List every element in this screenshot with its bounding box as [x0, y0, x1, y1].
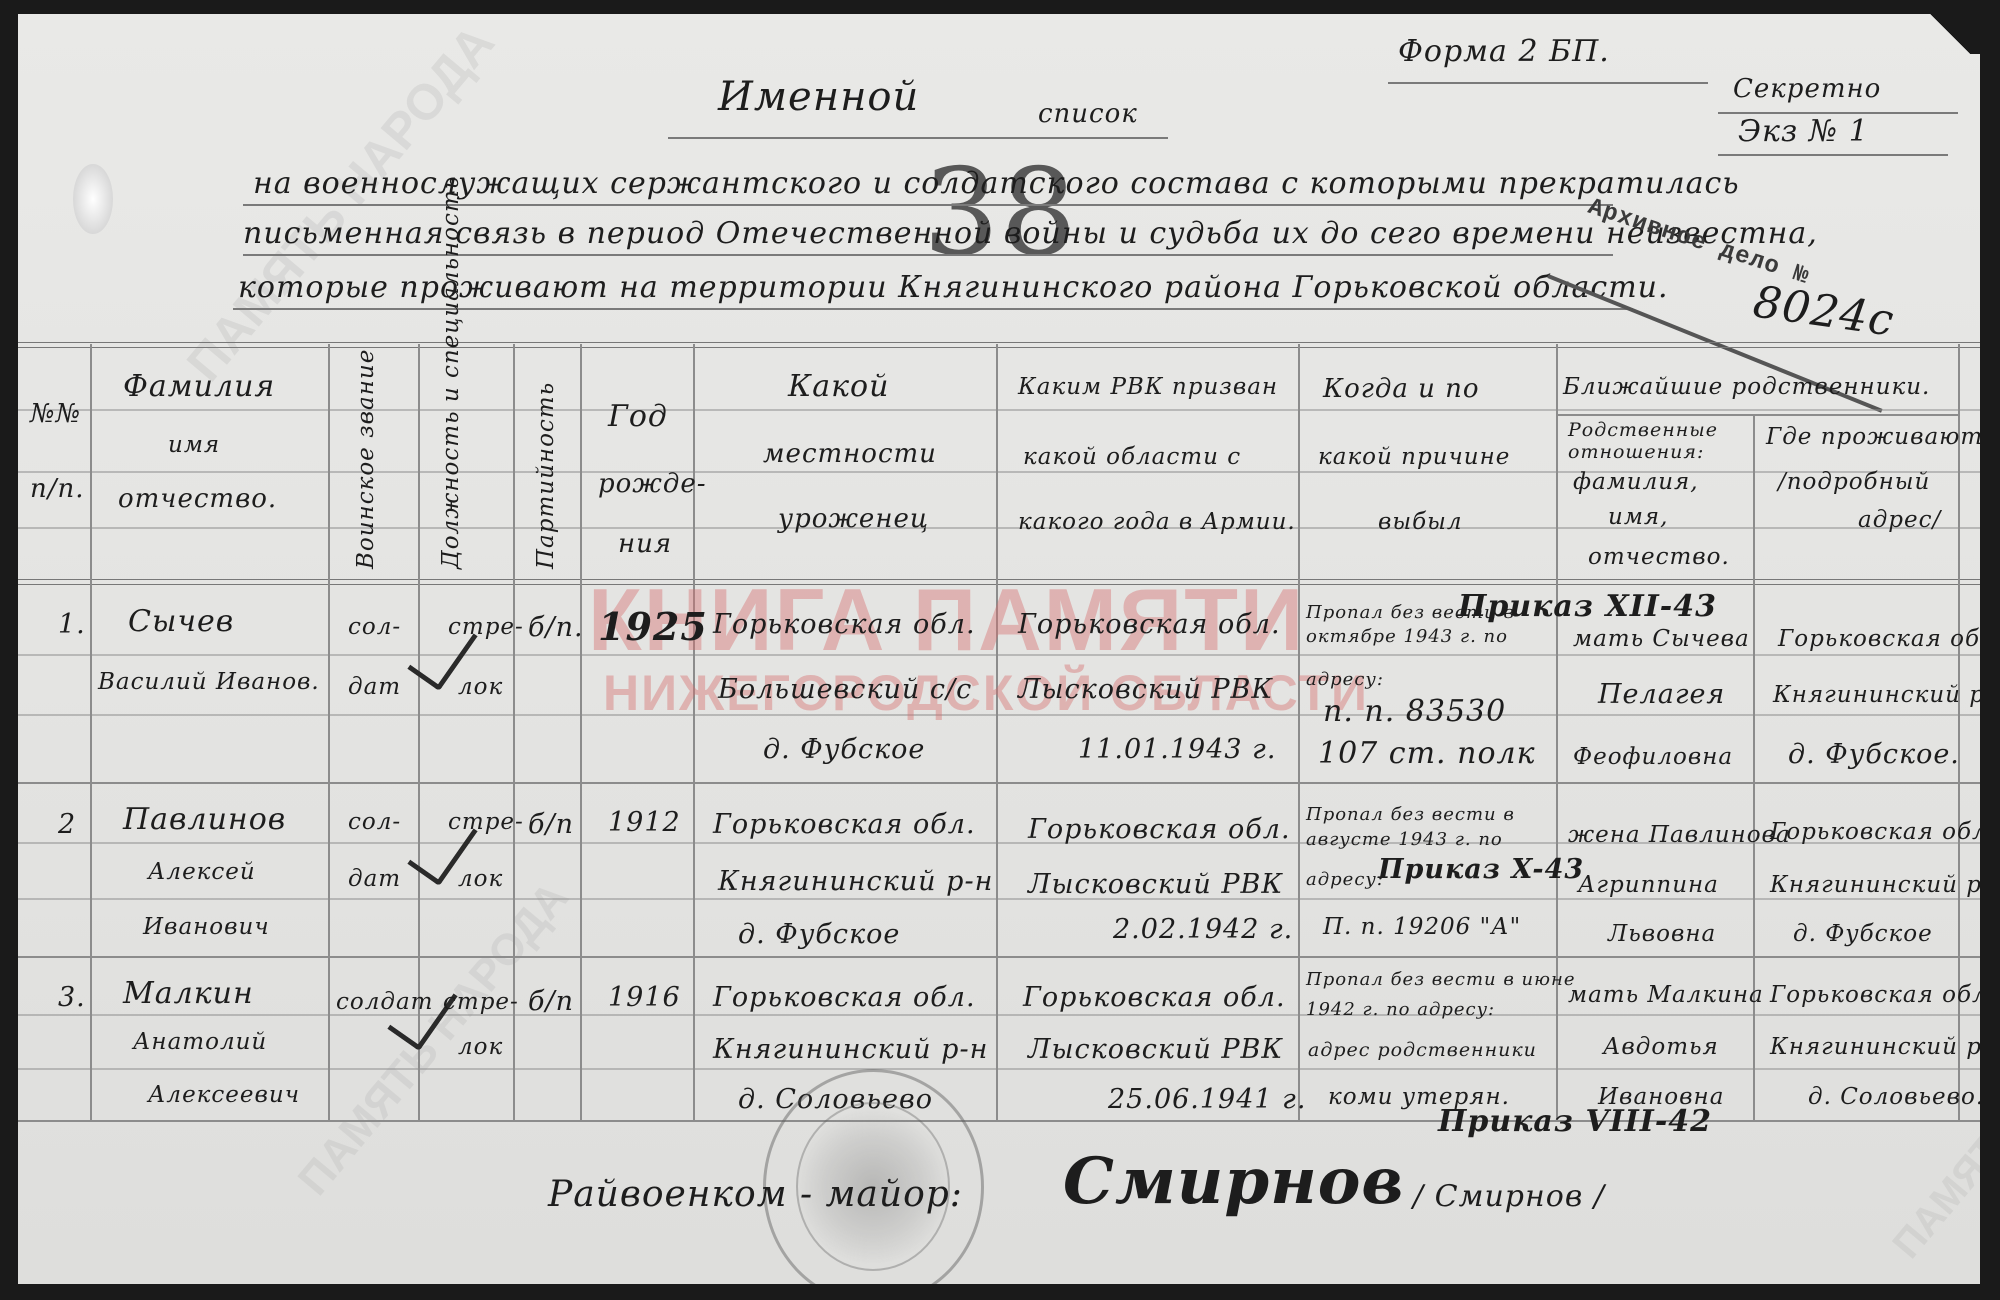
- title-underline: [668, 137, 1168, 139]
- header-birth-year-line1: Год: [608, 399, 668, 434]
- position-line2: лок: [458, 1034, 503, 1060]
- birthplace-line1: Горьковская обл.: [713, 609, 976, 640]
- col-line: [328, 344, 330, 1120]
- col-line: [1753, 416, 1755, 1120]
- header-relatives-group: Ближайшие родственники.: [1563, 374, 1930, 400]
- when-left-line2: 1942 г. по адресу:: [1306, 999, 1495, 1020]
- relative-line3: Ивановна: [1598, 1084, 1724, 1110]
- position-line1: стре-: [443, 989, 519, 1015]
- header-relation-line3: имя,: [1608, 504, 1668, 530]
- when-left-line2: октябре 1943 г. по: [1306, 626, 1508, 647]
- faint-watermark-middle: ПАМЯТЬ НАРОДА: [289, 873, 579, 1205]
- punch-hole: [73, 164, 113, 234]
- birthplace-line2: Большевский с/с: [718, 674, 972, 705]
- col-line: [996, 344, 998, 1120]
- header-birthplace-line2: местности: [763, 439, 937, 469]
- row-number: 3.: [58, 982, 86, 1013]
- draft-line2: Лысковский РВК: [1018, 674, 1273, 705]
- birthplace-line1: Горьковская обл.: [713, 982, 976, 1013]
- rank-line1: сол-: [348, 614, 401, 640]
- header-birth-year-line2: рожде-: [598, 469, 707, 499]
- secrecy-label: Секретно: [1733, 74, 1881, 104]
- position-line2: лок: [458, 866, 503, 892]
- birthplace-line3: д. Фубское: [763, 734, 925, 765]
- signature: Смирнов: [1063, 1144, 1404, 1219]
- surname: Сычев: [128, 604, 234, 639]
- rank-line1: сол-: [348, 809, 401, 835]
- subtitle-line-2: письменная связь в период Отечественной …: [243, 216, 1818, 251]
- when-left-line3: адресу:: [1306, 669, 1384, 690]
- ruled-line: [18, 1014, 1980, 1016]
- row-number: 1.: [58, 609, 86, 640]
- faint-watermark-right: ПАМЯТЬ НАРОДА: [1884, 966, 1980, 1268]
- order-annotation: Приказ XII-43: [1458, 589, 1717, 624]
- form-label: Форма 2 БП.: [1398, 34, 1610, 69]
- row-separator-1: [18, 782, 1980, 784]
- ruled-line: [18, 527, 1980, 529]
- row-separator-2: [18, 956, 1980, 958]
- relative-line1: мать Малкина: [1568, 982, 1764, 1008]
- address-line2: Княгининский р-н.: [1770, 872, 1980, 898]
- header-draft-line1: Каким РВК призван: [1018, 374, 1278, 400]
- col-line: [693, 344, 695, 1120]
- address-line2: Княгининский р-н.: [1773, 682, 1980, 708]
- header-relation-line1: Родственные отношения:: [1568, 419, 1748, 463]
- draft-line1: Горьковская обл.: [1023, 982, 1286, 1013]
- when-left-line1: Пропал без вести в: [1306, 804, 1515, 825]
- header-position: Должность и специальность: [438, 359, 464, 569]
- ruled-line: [18, 898, 1980, 900]
- subtitle-line-1: на военнослужащих сержантского и солдатс…: [253, 166, 1740, 201]
- signatory-name: / Смирнов /: [1413, 1179, 1605, 1214]
- birthplace-line1: Горьковская обл.: [713, 809, 976, 840]
- address-line1: Горьковская обл.: [1770, 819, 1980, 845]
- rank-line2: дат: [348, 674, 401, 700]
- relative-line2: Агриппина: [1578, 872, 1719, 898]
- when-left-line3: адрес родственники: [1308, 1039, 1537, 1061]
- draft-line2: Лысковский РВК: [1028, 869, 1283, 900]
- col-line: [580, 344, 582, 1120]
- draft-line1: Горьковская обл.: [1018, 609, 1281, 640]
- relative-line3: Львовна: [1608, 921, 1716, 947]
- surname: Малкин: [123, 976, 254, 1011]
- form-underline: [1388, 82, 1708, 84]
- given-name: Василий Иванов.: [98, 669, 320, 695]
- surname: Павлинов: [123, 802, 286, 837]
- header-name-line1: Фамилия: [123, 369, 275, 404]
- header-rank: Воинское звание: [353, 429, 379, 569]
- when-left-line1: Пропал без вести в июне: [1306, 969, 1575, 990]
- position-line2: лок: [458, 674, 503, 700]
- address-line3: д. Фубское: [1793, 921, 1933, 947]
- draft-line3: 2.02.1942 г.: [1113, 914, 1293, 945]
- header-number-line2: п/п.: [30, 474, 85, 504]
- row-number: 2: [58, 809, 76, 840]
- title-word-1: Именной: [718, 74, 919, 120]
- birth-year: 1925: [598, 604, 708, 649]
- patronymic: Алексеевич: [148, 1082, 300, 1108]
- address-line3: д. Соловьево.: [1808, 1084, 1980, 1110]
- header-name-line2: имя: [168, 432, 220, 458]
- relative-line3: Феофиловна: [1573, 744, 1733, 770]
- copy-underline: [1718, 154, 1948, 156]
- pencil-case-number: 38: [923, 144, 1078, 283]
- position-line1: стре-: [448, 809, 524, 835]
- address-line1: Горьковская обл.: [1770, 982, 1980, 1008]
- draft-line3: 25.06.1941 г.: [1108, 1084, 1306, 1115]
- archive-stamp-number: 8024с: [1750, 276, 1897, 346]
- given-name: Анатолий: [133, 1029, 267, 1055]
- address-line2: Княгининский р-н: [1770, 1034, 1980, 1060]
- header-when-left-line2: какой причине: [1318, 444, 1510, 470]
- table-top-border: [18, 342, 1980, 348]
- header-relation-line4: отчество.: [1588, 544, 1730, 570]
- header-number-line1: №№: [30, 399, 81, 429]
- birth-year: 1912: [608, 807, 681, 838]
- header-address-line2: /подробный: [1778, 469, 1930, 495]
- relatives-subheader-line: [1556, 414, 1958, 416]
- header-draft-line3: какого года в Армии.: [1018, 509, 1296, 535]
- header-party: Партийность: [533, 374, 559, 569]
- archival-document-page: ПАМЯТЬ НАРОДА ПАМЯТЬ НАРОДА ПАМЯТЬ НАРОД…: [18, 14, 1980, 1284]
- when-left-line4: П. п. 19206 "А": [1323, 914, 1521, 940]
- relative-line2: Авдотья: [1603, 1034, 1719, 1060]
- patronymic: Иванович: [143, 914, 270, 940]
- relative-line1: жена Павлинова: [1568, 822, 1791, 848]
- draft-line3: 11.01.1943 г.: [1078, 734, 1276, 765]
- birthplace-line2: Княгининский р-н: [713, 1034, 988, 1065]
- draft-line1: Горьковская обл.: [1028, 814, 1291, 845]
- title-word-2: список: [1038, 99, 1138, 129]
- col-line: [90, 344, 92, 1120]
- position-line1: стре-: [448, 614, 524, 640]
- col-line: [1298, 344, 1300, 1120]
- when-left-line2: августе 1943 г. по: [1306, 829, 1503, 850]
- order-annotation: Приказ X-43: [1378, 854, 1584, 885]
- given-name: Алексей: [148, 859, 256, 885]
- header-when-left-line3: выбыл: [1378, 509, 1463, 535]
- address-line3: д. Фубское.: [1788, 739, 1960, 770]
- address-line1: Горьковская обл.: [1778, 626, 1980, 652]
- header-draft-line2: какой области с: [1023, 444, 1241, 470]
- rank-line2: дат: [348, 866, 401, 892]
- birthplace-line2: Княгининский р-н: [718, 866, 993, 897]
- torn-corner: [1920, 14, 1980, 54]
- header-address-line1: Где проживают:: [1766, 424, 1980, 450]
- birthplace-line3: д. Фубское: [738, 919, 900, 950]
- relative-line2: Пелагея: [1598, 679, 1725, 710]
- when-left-line4: п. п. 83530: [1323, 694, 1506, 729]
- ruled-line: [18, 409, 1980, 411]
- party: б/п: [528, 809, 574, 840]
- header-address-line3: адрес/: [1858, 507, 1941, 533]
- when-left-line5: 107 ст. полк: [1318, 736, 1536, 771]
- copy-number: Экз № 1: [1738, 114, 1869, 149]
- ruled-line: [18, 1068, 1980, 1070]
- signatory-title: Райвоенком - майор:: [548, 1174, 963, 1215]
- header-birthplace-line3: уроженец: [778, 504, 929, 534]
- header-birth-year-line3: ния: [618, 529, 672, 559]
- header-birthplace-line1: Какой: [788, 369, 889, 404]
- header-relation-line2: фамилия,: [1573, 469, 1699, 495]
- draft-line2: Лысковский РВК: [1028, 1034, 1283, 1065]
- col-line: [1556, 344, 1558, 1120]
- header-name-line3: отчество.: [118, 484, 277, 514]
- party: б/п: [528, 986, 574, 1017]
- header-when-left-line1: Когда и по: [1323, 374, 1480, 404]
- birth-year: 1916: [608, 982, 681, 1013]
- when-left-line3: адресу:: [1306, 869, 1384, 890]
- party: б/п.: [528, 612, 584, 643]
- relative-line1: мать Сычева: [1573, 626, 1750, 652]
